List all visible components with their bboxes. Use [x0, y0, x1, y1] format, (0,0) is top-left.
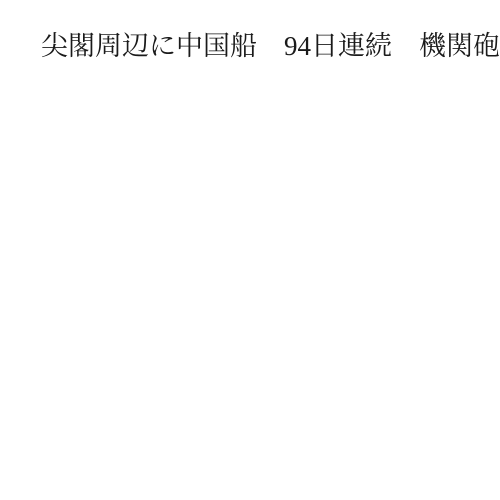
article-headline: 尖閣周辺に中国船 94日連続 機関砲 [41, 33, 500, 60]
article-page: 尖閣周辺に中国船 94日連続 機関砲 [0, 0, 500, 500]
